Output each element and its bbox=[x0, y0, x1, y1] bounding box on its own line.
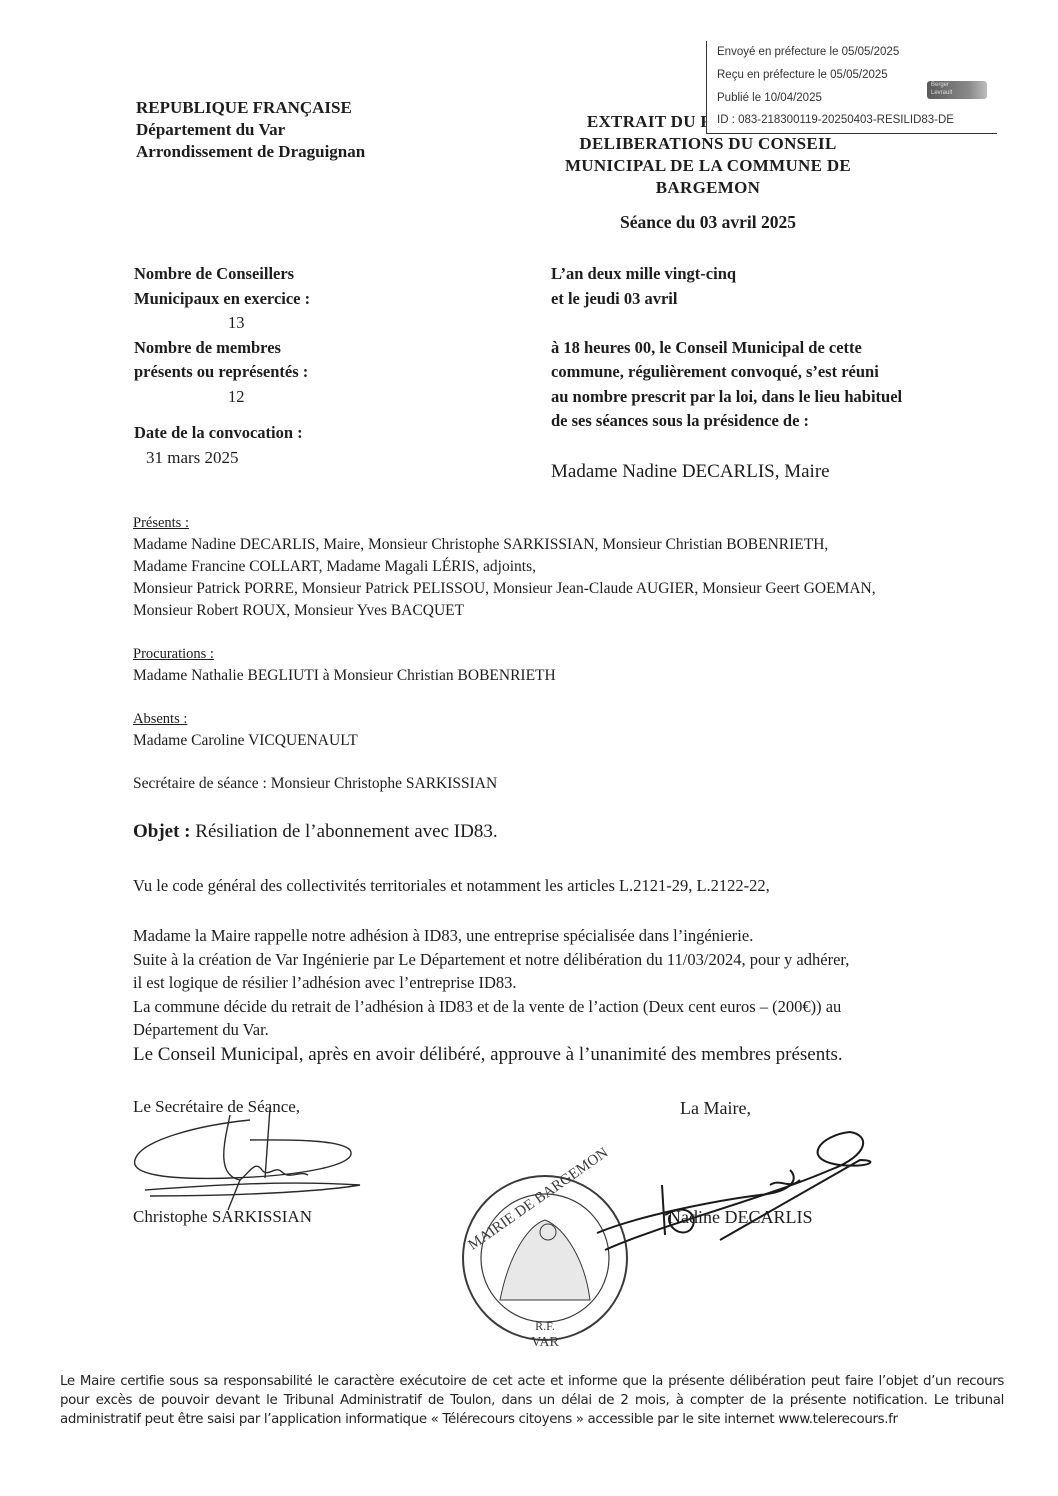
presents-block: Présents : Madame Nadine DECARLIS, Maire… bbox=[133, 512, 876, 622]
arrondissement: Arrondissement de Draguignan bbox=[136, 141, 365, 163]
presents-line: Madame Nadine DECARLIS, Maire, Monsieur … bbox=[133, 534, 876, 556]
presents-line: Monsieur Robert ROUX, Monsieur Yves BACQ… bbox=[133, 600, 876, 622]
body-line: Suite à la création de Var Ingénierie pa… bbox=[133, 948, 849, 972]
body-line: La commune décide du retrait de l’adhési… bbox=[133, 995, 849, 1019]
maire-title: La Maire, bbox=[680, 1098, 751, 1119]
preamble-line-1: L’an deux mille vingt-cinq bbox=[551, 262, 902, 287]
preamble-line-2: et le jeudi 03 avril bbox=[551, 287, 902, 312]
extrait-line-2: DELIBERATIONS DU CONSEIL bbox=[528, 133, 888, 155]
procurations-text: Madame Nathalie BEGLIUTI à Monsieur Chri… bbox=[133, 665, 556, 687]
stamp-id: ID : 083-218300119-20250403-RESILID83-DE bbox=[717, 114, 954, 126]
presents-label: Présents : bbox=[133, 512, 876, 534]
objet: Objet : Résiliation de l’abonnement avec… bbox=[133, 821, 498, 843]
maire-name: Nadine DECARLIS bbox=[668, 1207, 812, 1228]
berger-levrault-logo-icon: BergerLevrault bbox=[927, 81, 987, 99]
departement: Département du Var bbox=[136, 119, 365, 141]
absents-label: Absents : bbox=[133, 708, 358, 730]
president: Madame Nadine DECARLIS, Maire bbox=[551, 461, 830, 483]
secretaire-seance: Secrétaire de séance : Monsieur Christop… bbox=[133, 773, 497, 795]
presents-line: Monsieur Patrick PORRE, Monsieur Patrick… bbox=[133, 578, 876, 600]
republique: REPUBLIQUE FRANÇAISE bbox=[136, 97, 365, 119]
absents-block: Absents : Madame Caroline VICQUENAULT bbox=[133, 708, 358, 752]
prefecture-stamp: Envoyé en préfecture le 05/05/2025 Reçu … bbox=[706, 41, 997, 134]
convocation-label: Date de la convocation : bbox=[134, 421, 310, 446]
header-left: REPUBLIQUE FRANÇAISE Département du Var … bbox=[136, 97, 365, 163]
secretary-signature-icon bbox=[135, 1108, 360, 1210]
procurations-label: Procurations : bbox=[133, 643, 556, 665]
preamble-line-6: de ses séances sous la présidence de : bbox=[551, 409, 902, 434]
seance-date: Séance du 03 avril 2025 bbox=[528, 212, 888, 233]
objet-text: Résiliation de l’abonnement avec ID83. bbox=[191, 821, 498, 842]
maire-signature-icon bbox=[597, 1132, 870, 1250]
legal-footer: Le Maire certifie sous sa responsabilité… bbox=[60, 1372, 1004, 1429]
stamp-received: Reçu en préfecture le 05/05/2025 bbox=[717, 69, 888, 81]
body-line: Madame la Maire rappelle notre adhésion … bbox=[133, 924, 849, 948]
membres-label-1: Nombre de membres bbox=[134, 336, 310, 361]
svg-text:R.F.: R.F. bbox=[535, 1319, 555, 1333]
conseillers-value: 13 bbox=[134, 311, 310, 336]
preamble-line-3: à 18 heures 00, le Conseil Municipal de … bbox=[551, 336, 902, 361]
stamp-sent: Envoyé en préfecture le 05/05/2025 bbox=[717, 46, 899, 58]
membres-value: 12 bbox=[134, 385, 310, 410]
svg-text:VAR: VAR bbox=[531, 1335, 559, 1350]
convocation-value: 31 mars 2025 bbox=[134, 446, 310, 471]
procurations-block: Procurations : Madame Nathalie BEGLIUTI … bbox=[133, 643, 556, 687]
extrait-line-3: MUNICIPAL DE LA COMMUNE DE bbox=[528, 155, 888, 177]
extrait-line-4: BARGEMON bbox=[528, 177, 888, 199]
vu-text: Vu le code général des collectivités ter… bbox=[133, 874, 770, 898]
body-line: Département du Var. bbox=[133, 1018, 849, 1042]
secretaire-name: Christophe SARKISSIAN bbox=[133, 1207, 312, 1227]
presents-line: Madame Francine COLLART, Madame Magali L… bbox=[133, 556, 876, 578]
deliberation-body: Madame la Maire rappelle notre adhésion … bbox=[133, 924, 849, 1042]
conclusion: Le Conseil Municipal, après en avoir dél… bbox=[133, 1044, 843, 1066]
body-line: il est logique de résilier l’adhésion av… bbox=[133, 971, 849, 995]
objet-label: Objet : bbox=[133, 821, 191, 842]
conseillers-label-2: Municipaux en exercice : bbox=[134, 287, 310, 312]
mairie-seal-icon: R.F. VAR MAIRIE DE BARGEMON bbox=[463, 1145, 627, 1350]
absents-text: Madame Caroline VICQUENAULT bbox=[133, 730, 358, 752]
preamble-line-4: commune, régulièrement convoqué, s’est r… bbox=[551, 360, 902, 385]
stamp-published: Publié le 10/04/2025 bbox=[717, 92, 822, 104]
preamble-block: L’an deux mille vingt-cinq et le jeudi 0… bbox=[551, 262, 902, 434]
conseillers-label-1: Nombre de Conseillers bbox=[134, 262, 310, 287]
counts-block: Nombre de Conseillers Municipaux en exer… bbox=[134, 262, 310, 470]
preamble-line-5: au nombre prescrit par la loi, dans le l… bbox=[551, 385, 902, 410]
svg-text:MAIRIE DE BARGEMON: MAIRIE DE BARGEMON bbox=[466, 1145, 612, 1254]
membres-label-2: présents ou représentés : bbox=[134, 360, 310, 385]
secretaire-title: Le Secrétaire de Séance, bbox=[133, 1097, 300, 1117]
